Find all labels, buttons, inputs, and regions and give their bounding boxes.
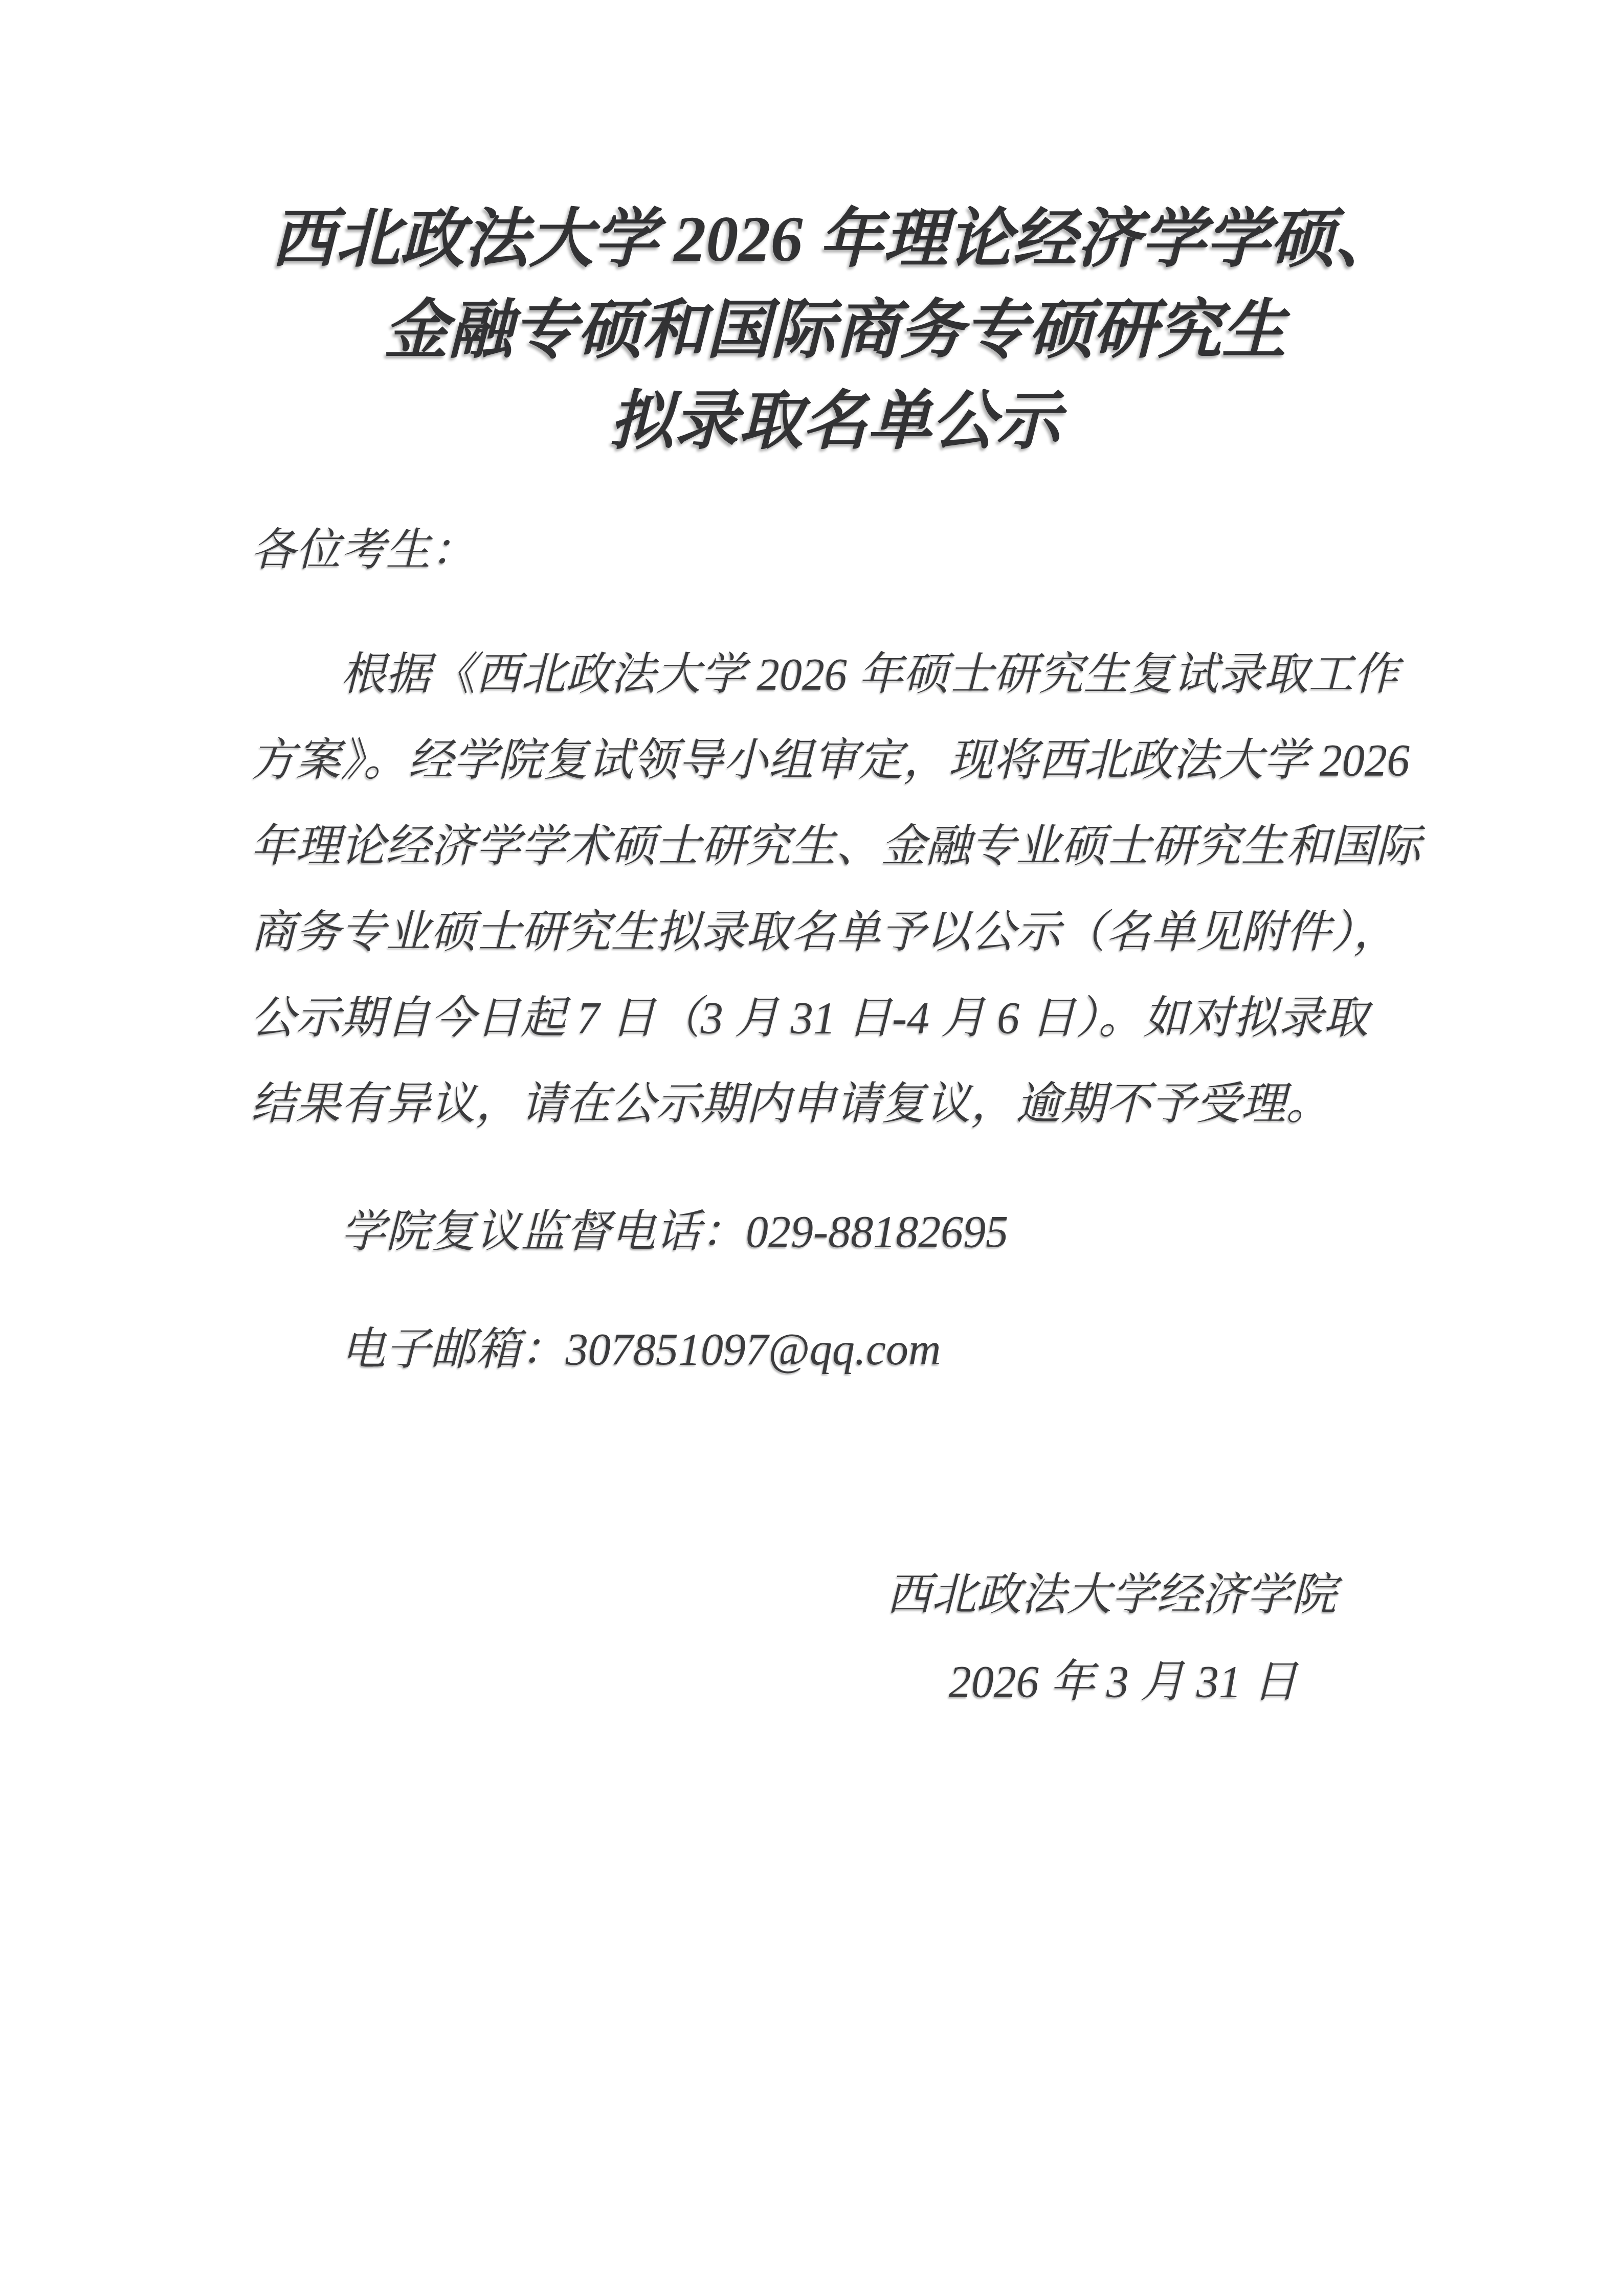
phone-line: 学院复议监督电话：029-88182695 [251, 1189, 1419, 1275]
title-line-3: 拟录取名单公示 [251, 376, 1419, 467]
email-line: 电子邮箱：307851097@qq.com [251, 1307, 1419, 1393]
document-title: 西北政法大学 2026 年理论经济学学硕、 金融专硕和国际商务专硕研究生 拟录取… [251, 194, 1419, 467]
body-paragraph: 根据《西北政法大学 2026 年硕士研究生复试录取工作 方案》。经学院复试领导小… [251, 632, 1419, 1147]
title-line-2: 金融专硕和国际商务专硕研究生 [251, 285, 1419, 376]
paragraph-line-5: 公示期自今日起 7 日（3 月 31 日-4 月 6 日）。如对拟录取 [251, 976, 1419, 1062]
paragraph-line-3: 年理论经济学学术硕士研究生、金融专业硕士研究生和国际 [251, 804, 1419, 890]
document-content: 西北政法大学 2026 年理论经济学学硕、 金融专硕和国际商务专硕研究生 拟录取… [0, 194, 1624, 1726]
salutation: 各位考生： [251, 508, 1419, 593]
paragraph-line-4: 商务专业硕士研究生拟录取名单予以公示（名单见附件）， [251, 890, 1419, 976]
paragraph-line-1: 根据《西北政法大学 2026 年硕士研究生复试录取工作 [251, 632, 1419, 718]
signature-date: 2026 年 3 月 31 日 [251, 1639, 1419, 1726]
signature-block: 西北政法大学经济学院 2026 年 3 月 31 日 [251, 1552, 1419, 1726]
signature-org: 西北政法大学经济学院 [251, 1552, 1419, 1639]
paragraph-line-6: 结果有异议，请在公示期内申请复议，逾期不予受理。 [251, 1062, 1419, 1147]
paragraph-line-2: 方案》。经学院复试领导小组审定，现将西北政法大学 2026 [251, 718, 1419, 804]
title-line-1: 西北政法大学 2026 年理论经济学学硕、 [251, 194, 1419, 285]
document-page: 西北政法大学 2026 年理论经济学学硕、 金融专硕和国际商务专硕研究生 拟录取… [0, 0, 1624, 2296]
